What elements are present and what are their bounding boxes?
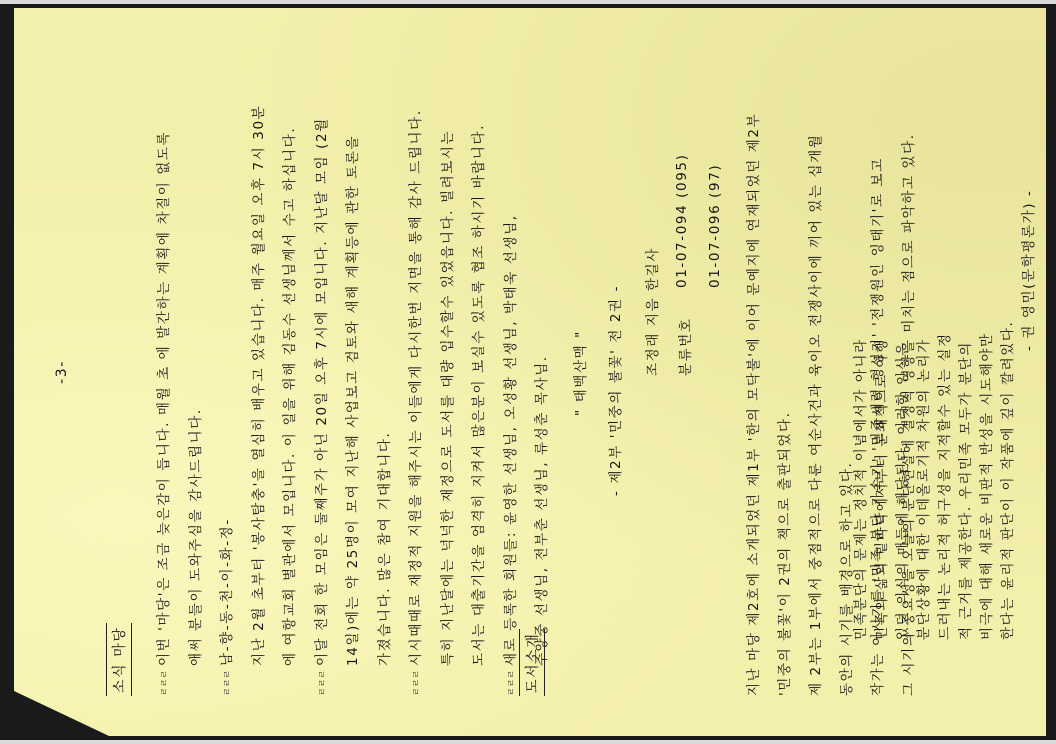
book-title: " 태백산맥 " bbox=[569, 330, 589, 416]
paper: -3- 소식 마당 ㄹㄹㄹ이번 '마당'은 조금 늦은감이 듭니다. 매월 초 … bbox=[14, 8, 1046, 736]
book-quote-line: 적 근거를 제공한다. 우리민족 모두가 분단의 bbox=[954, 341, 974, 640]
news-item-line: 도서는 대출기간을 엄격히 지켜서 많은분이 보실수 있도록 협조 하시기 바랍… bbox=[467, 124, 487, 666]
news-item-line: 가졌습니다. 많은 참여 기대합니다. bbox=[373, 432, 393, 666]
scan-border-bottom bbox=[0, 740, 1056, 744]
call-number-1: 01-07-094 (095) bbox=[674, 154, 690, 288]
book-subtitle: - 제2부 '민중의 불꽃' 전 2권 - bbox=[604, 285, 624, 496]
bullet-icon: ㄹㄹㄹ bbox=[315, 666, 328, 696]
news-item-line: ㄹㄹㄹ시시때때로 재정적 지원을 해주시는 이들에게 다시한번 지면을 통해 감… bbox=[404, 109, 424, 696]
book-quote-line: 분단상황에 대한 이데올로기적 차원의 논리가 bbox=[912, 338, 932, 640]
book-quote-line: 비극에 대해 새로운 비판적 반성을 시도해야만 bbox=[975, 332, 995, 640]
book-review-line: 제 2부는 1부에서 중점적으로 다룬 여순사건과 육이오 전쟁사이에 끼어 있… bbox=[804, 134, 824, 696]
book-quote-line: 있던 의식의 매듭에 해당된다. 이러한 인식은 bbox=[891, 341, 911, 640]
news-item-text: 남-향-동-천-이-화-정- bbox=[219, 518, 235, 666]
book-section-title: 도서소개 bbox=[519, 630, 545, 697]
book-quote-line: 한다는 윤리적 판단이 이 작품에 깊이 깔려있다. bbox=[996, 321, 1016, 640]
bullet-icon: ㄹㄹㄹ bbox=[504, 666, 517, 696]
bullet-icon: ㄹㄹㄹ bbox=[157, 666, 170, 696]
news-item-text: 시시때때로 재정적 지원을 해주시는 이들에게 다시한번 지면을 통해 감사 드… bbox=[408, 109, 424, 666]
news-item-line: ㄹㄹㄹ새로 등록한 회원들: 윤영한 선생님, 오성황 선생님, 박태욱 선생님… bbox=[499, 214, 519, 696]
news-item-text: 새로 등록한 회원들: 윤영한 선생님, 오성황 선생님, 박태욱 선생님, bbox=[503, 214, 519, 666]
reviewer: - 권 영민(문학평론가) - bbox=[1017, 190, 1037, 351]
bullet-icon: ㄹㄹㄹ bbox=[409, 666, 422, 696]
news-item-text: 이번 '마당'은 조금 늦은감이 듭니다. 매월 초 에 발간하는 계획에 차질… bbox=[156, 131, 172, 666]
news-item-line: ㄹㄹㄹ이달 전회 한 모임은 둘째주가 아닌 20일 오후 7시에 모입니다. … bbox=[310, 117, 330, 696]
book-author-publisher: 조정래 지음 한길사 bbox=[641, 247, 661, 376]
book-quote-line: 드러내는 논리적 허구성을 지적할수 있는 실정 bbox=[933, 332, 953, 640]
book-review-line: 지난 마당 제2호에 소개되었던 제1부 '한의 모닥불'에 이어 문예지에 연… bbox=[742, 113, 762, 696]
book-quote-line: 민족의 삶의 밑바닥에서부터 분쇄적으로 야행 bbox=[870, 338, 890, 640]
scanned-page: -3- 소식 마당 ㄹㄹㄹ이번 '마당'은 조금 늦은감이 듭니다. 매월 초 … bbox=[14, 8, 1046, 736]
news-item-line: 애써 분들이 도와주심을 감사드립니다. bbox=[184, 408, 204, 666]
news-item-line: 지난 2월 초부터 '봉사탐충'을 열심히 배우고 있습니다. 매주 월요일 오… bbox=[247, 105, 267, 666]
news-section-title: 소식 마당 bbox=[106, 623, 132, 696]
news-item-line: 에 여항교회 별관에서 모입니다. 이 일을 위해 김동수 선생님께서 수고 하… bbox=[278, 127, 298, 666]
news-item-line: 14일)에는 약 25명이 모여 지난해 사업보고 검토와 새해 계획등에 관한… bbox=[341, 135, 361, 666]
news-item-line: ㄹㄹㄹ이번 '마당'은 조금 늦은감이 듭니다. 매월 초 에 발간하는 계획에… bbox=[152, 131, 172, 696]
bullet-icon: ㄹㄹㄹ bbox=[220, 666, 233, 696]
call-number-2: 01-07-096 (97) bbox=[707, 164, 723, 288]
scan-border-top bbox=[0, 0, 1056, 4]
news-item-line: 특히 지난달에는 넉넉한 재정으로 도서를 대량 입수할수 있었읍니다. 빌려보… bbox=[436, 130, 456, 666]
call-number-label: 분류번호 bbox=[674, 317, 694, 376]
news-item-text: 이달 전회 한 모임은 둘째주가 아닌 20일 오후 7시에 모입니다. 지난달… bbox=[314, 117, 330, 666]
news-item-line: ㄹㄹㄹ남-향-동-천-이-화-정- bbox=[215, 518, 235, 696]
book-review-line: '민중의 불꽃'이 2권의 책으로 출판되었다. bbox=[773, 411, 793, 696]
news-item-line: 주양중 선생님, 전부춘 선생님, 류성춘 목사님. bbox=[530, 355, 550, 666]
book-quote-line: 민족분단의 문제는 정치적 이념에서가 아니라 bbox=[849, 338, 869, 640]
page-number: -3- bbox=[54, 8, 70, 736]
